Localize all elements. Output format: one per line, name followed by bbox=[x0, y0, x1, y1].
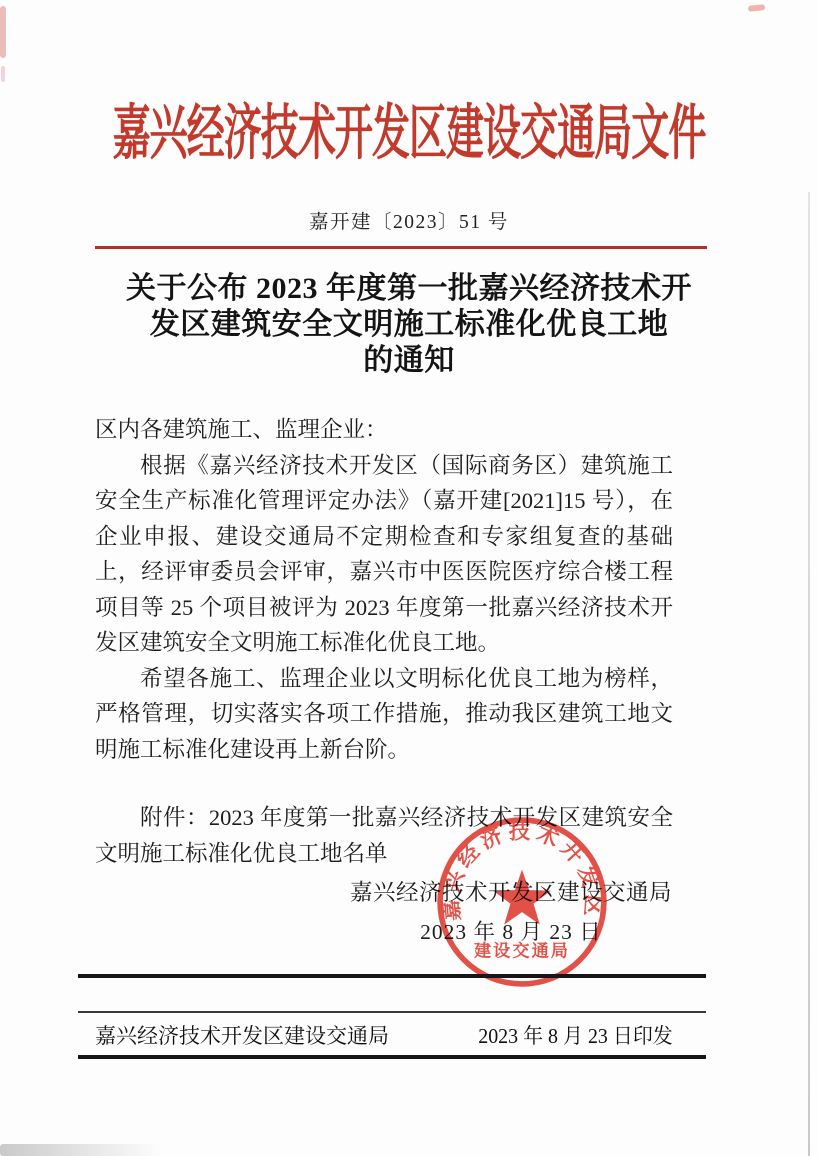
body-paragraph-1: 根据《嘉兴经济技术开发区（国际商务区）建筑施工安全生产标准化管理评定办法》（嘉开… bbox=[95, 448, 673, 661]
seal-bottom-text: 建设交通局 bbox=[474, 941, 570, 961]
document-title-line-3: 的通知 bbox=[89, 343, 729, 379]
masthead-org-title: 嘉兴经济技术开发区建设交通局文件 bbox=[20, 86, 797, 172]
doc-number: 嘉开建〔2023〕51 号 bbox=[0, 206, 818, 234]
scan-artifact-red-left-small bbox=[1, 66, 5, 82]
document-title-line-2: 发区建筑安全文明施工标准化优良工地 bbox=[89, 307, 729, 343]
footer-row: 嘉兴经济技术开发区建设交通局 2023 年 8 月 23 日印发 bbox=[95, 1018, 673, 1052]
body-paragraph-2: 希望各施工、监理企业以文明标化优良工地为榜样，严格管理，切实落实各项工作措施，推… bbox=[95, 661, 673, 768]
document-body: 区内各建筑施工、监理企业： 根据《嘉兴经济技术开发区（国际商务区）建筑施工安全生… bbox=[95, 412, 673, 871]
red-separator-line bbox=[95, 246, 707, 249]
footer-issuer: 嘉兴经济技术开发区建设交通局 bbox=[95, 1020, 389, 1050]
official-seal-stamp: 嘉兴经济技术开发区 建设交通局 bbox=[433, 813, 611, 991]
document-page: 嘉兴经济技术开发区建设交通局文件 嘉开建〔2023〕51 号 关于公布 2023… bbox=[0, 0, 818, 1156]
page-bottom-shadow bbox=[0, 1144, 160, 1156]
scan-artifact-red-top-right bbox=[748, 4, 766, 12]
footer-divider-rule bbox=[78, 1011, 706, 1013]
salutation: 区内各建筑施工、监理企业： bbox=[95, 412, 673, 448]
seal-star-icon bbox=[493, 870, 551, 925]
scan-artifact-red-left bbox=[0, 6, 6, 58]
document-title-line-1: 关于公布 2023 年度第一批嘉兴经济技术开 bbox=[89, 271, 729, 307]
footer-top-rule bbox=[78, 974, 706, 978]
page-edge-shadow bbox=[808, 192, 810, 1156]
document-title: 关于公布 2023 年度第一批嘉兴经济技术开 发区建筑安全文明施工标准化优良工地… bbox=[89, 271, 729, 379]
footer-bottom-rule bbox=[78, 1055, 706, 1059]
footer-print-date: 2023 年 8 月 23 日印发 bbox=[478, 1020, 673, 1050]
